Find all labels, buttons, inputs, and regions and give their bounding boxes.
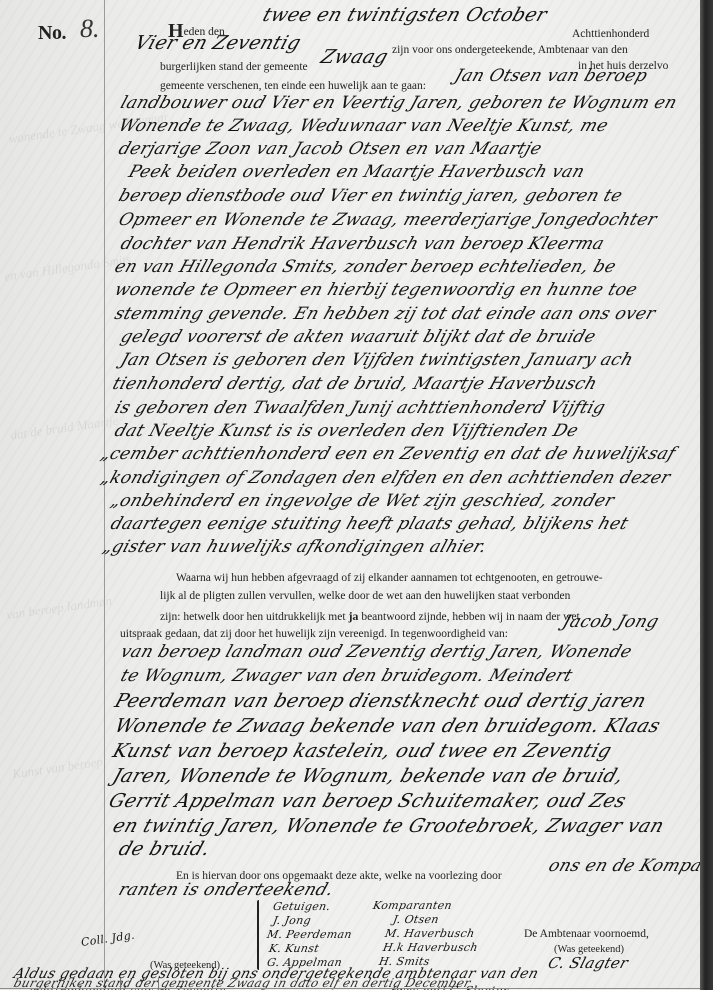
handwritten-witness-line: de bruid. xyxy=(116,838,213,860)
handwritten-body-line: „gister van huwelijks afkondigingen alhi… xyxy=(100,537,489,557)
handwritten-body-line: dochter van Hendrik Haverbusch van beroe… xyxy=(118,234,607,254)
handwritten-body-line: daartegen eenige stuiting heeft plaats g… xyxy=(108,514,631,534)
signature-header-parties: Komparanten xyxy=(372,899,453,912)
handwritten-body-line: is geboren den Twaalfden Junij achttienh… xyxy=(112,398,608,418)
footer-annotation-line: achttienhonderd vier en Zeventig. xyxy=(28,984,231,990)
signature-header-witnesses: Getuigen. xyxy=(272,900,331,913)
handwritten-body-line: „onbehinderd en ingevolge de Wet zijn ge… xyxy=(108,491,617,511)
handwritten-groom-start: Jan Otsen van beroep xyxy=(452,66,650,86)
record-number-value: 8. xyxy=(80,14,100,44)
signature-witness: K. Kunst xyxy=(268,942,320,955)
handwritten-body-line: gelegd voorerst de akten waaruit blijkt … xyxy=(118,327,598,347)
handwritten-body-line: Peek beiden overleden en Maartje Haverbu… xyxy=(126,162,587,182)
handwritten-body-line: derjarige Zoon van Jacob Otsen en van Ma… xyxy=(116,139,544,159)
printed-text: zijn: hetwelk door hen uitdrukkelijk met xyxy=(160,611,348,623)
handwritten-body-line: Jan Otsen is geboren den Vijfden twintig… xyxy=(118,350,636,370)
handwritten-body-line: beroep dienstbode oud Vier en twintig ja… xyxy=(116,186,625,206)
printed-achttienhonderd: Achttienhonderd xyxy=(572,28,649,40)
handwritten-date-day: twee en twintigsten October xyxy=(260,4,550,26)
official-signature: C. Slagter xyxy=(546,954,630,972)
footer-signature: (was get) C. Slagter xyxy=(390,984,509,990)
ruled-tick xyxy=(120,978,121,990)
handwritten-witness-line: Kunst van beroep kastelein, oud twee en … xyxy=(110,740,614,762)
ruled-tick xyxy=(158,978,159,990)
bleed-through-text: en van Hillegonda Smits xyxy=(4,251,132,285)
handwritten-witness-line: te Wognum, Zwager van den bruidegom. Mei… xyxy=(118,666,575,686)
handwritten-witness-line: Gerrit Appelman van beroep Schuitemaker,… xyxy=(106,790,629,812)
printed-line-3-left: burgerlijken stand der gemeente xyxy=(160,61,308,73)
margin-rule xyxy=(104,0,105,990)
handwritten-body-line: dat Neeltje Kunst is is overleden den Vi… xyxy=(112,421,581,441)
printed-vows-line-4: uitspraak gedaan, dat zij door het huwel… xyxy=(120,628,508,640)
document-page: wonende te Zwaag weduwnaar en van Hilleg… xyxy=(0,0,700,990)
bleed-through-text: Kunst van beroep xyxy=(11,754,104,783)
handwritten-witness-start: Jacob Jong xyxy=(560,612,661,632)
handwritten-body-line: „kondigingen of Zondagen den elfden en d… xyxy=(98,468,673,488)
handwritten-body-line: stemming gevende. En hebben zij tot dat … xyxy=(112,304,658,324)
handwritten-municipality: Zwaag xyxy=(318,46,391,68)
handwritten-date-year: Vier en Zeventig xyxy=(132,32,304,54)
handwritten-body-line: Opmeer en Wonende te Zwaag, meerderjarig… xyxy=(116,210,659,230)
handwritten-body-line: Wonende te Zwaag, Weduwnaar van Neeltje … xyxy=(116,116,611,136)
bleed-through-text: van beroep landman xyxy=(5,593,113,624)
handwritten-body-line: tienhonderd dertig, dat de bruid, Maartj… xyxy=(110,374,600,394)
handwritten-closing-right: ons en de Kompa xyxy=(546,856,705,876)
page-binding-edge xyxy=(700,0,713,990)
printed-vows-line-1: Waarna wij hun hebben afgevraagd of zij … xyxy=(176,572,603,584)
handwritten-body-line: landbouwer oud Vier en Veertig Jaren, ge… xyxy=(118,93,680,113)
handwritten-witness-line: Peerdeman van beroep dienstknecht oud de… xyxy=(112,690,649,712)
printed-ambtenaar-voornoemd: De Ambtenaar voornoemd, xyxy=(524,928,649,940)
handwritten-body-line: „cember achttienhonderd een en Zeventig … xyxy=(98,444,678,464)
signature-brace xyxy=(257,900,263,970)
printed-line-4: gemeente verschenen, ten einde een huwel… xyxy=(160,80,426,92)
printed-text: beantwoord zijnde, hebben wij in naam de… xyxy=(358,611,579,623)
signature-party: J. Otsen xyxy=(392,913,440,926)
signature-party: H.k Haverbusch xyxy=(382,941,479,954)
handwritten-body-line: en van Hillegonda Smits, zonder beroep e… xyxy=(112,257,619,277)
printed-vows-line-2: lijk al de pligten zullen vervullen, wel… xyxy=(160,590,570,602)
handwritten-witness-line: en twintig Jaren, Wonende te Grootebroek… xyxy=(110,815,667,837)
handwritten-witness-line: van beroep landman oud Zeventig dertig J… xyxy=(118,642,635,662)
record-number-label: No. xyxy=(38,22,66,45)
margin-note: Coll. Jdg. xyxy=(80,929,135,949)
handwritten-witness-line: Jaren, Wonende te Wognum, bekende van de… xyxy=(110,765,626,787)
printed-ja: ja xyxy=(348,609,358,623)
printed-line-2: zijn voor ons ondergeteekende, Ambtenaar… xyxy=(392,44,628,56)
handwritten-body-line: wonende te Opmeer en hierbij tegenwoordi… xyxy=(112,280,640,300)
handwritten-witness-line: Wonende te Zwaag bekende van den bruideg… xyxy=(112,715,663,737)
ruled-line xyxy=(0,988,700,989)
signature-party: M. Haverbusch xyxy=(384,927,476,940)
printed-vows-line-3: zijn: hetwelk door hen uitdrukkelijk met… xyxy=(160,609,580,624)
signature-witness: M. Peerdeman xyxy=(266,928,353,941)
signature-witness: J. Jong xyxy=(272,914,312,927)
handwritten-closing-line: ranten is onderteekend. xyxy=(116,880,336,900)
bleed-through-text: dat de bruid Maartje xyxy=(9,413,119,444)
